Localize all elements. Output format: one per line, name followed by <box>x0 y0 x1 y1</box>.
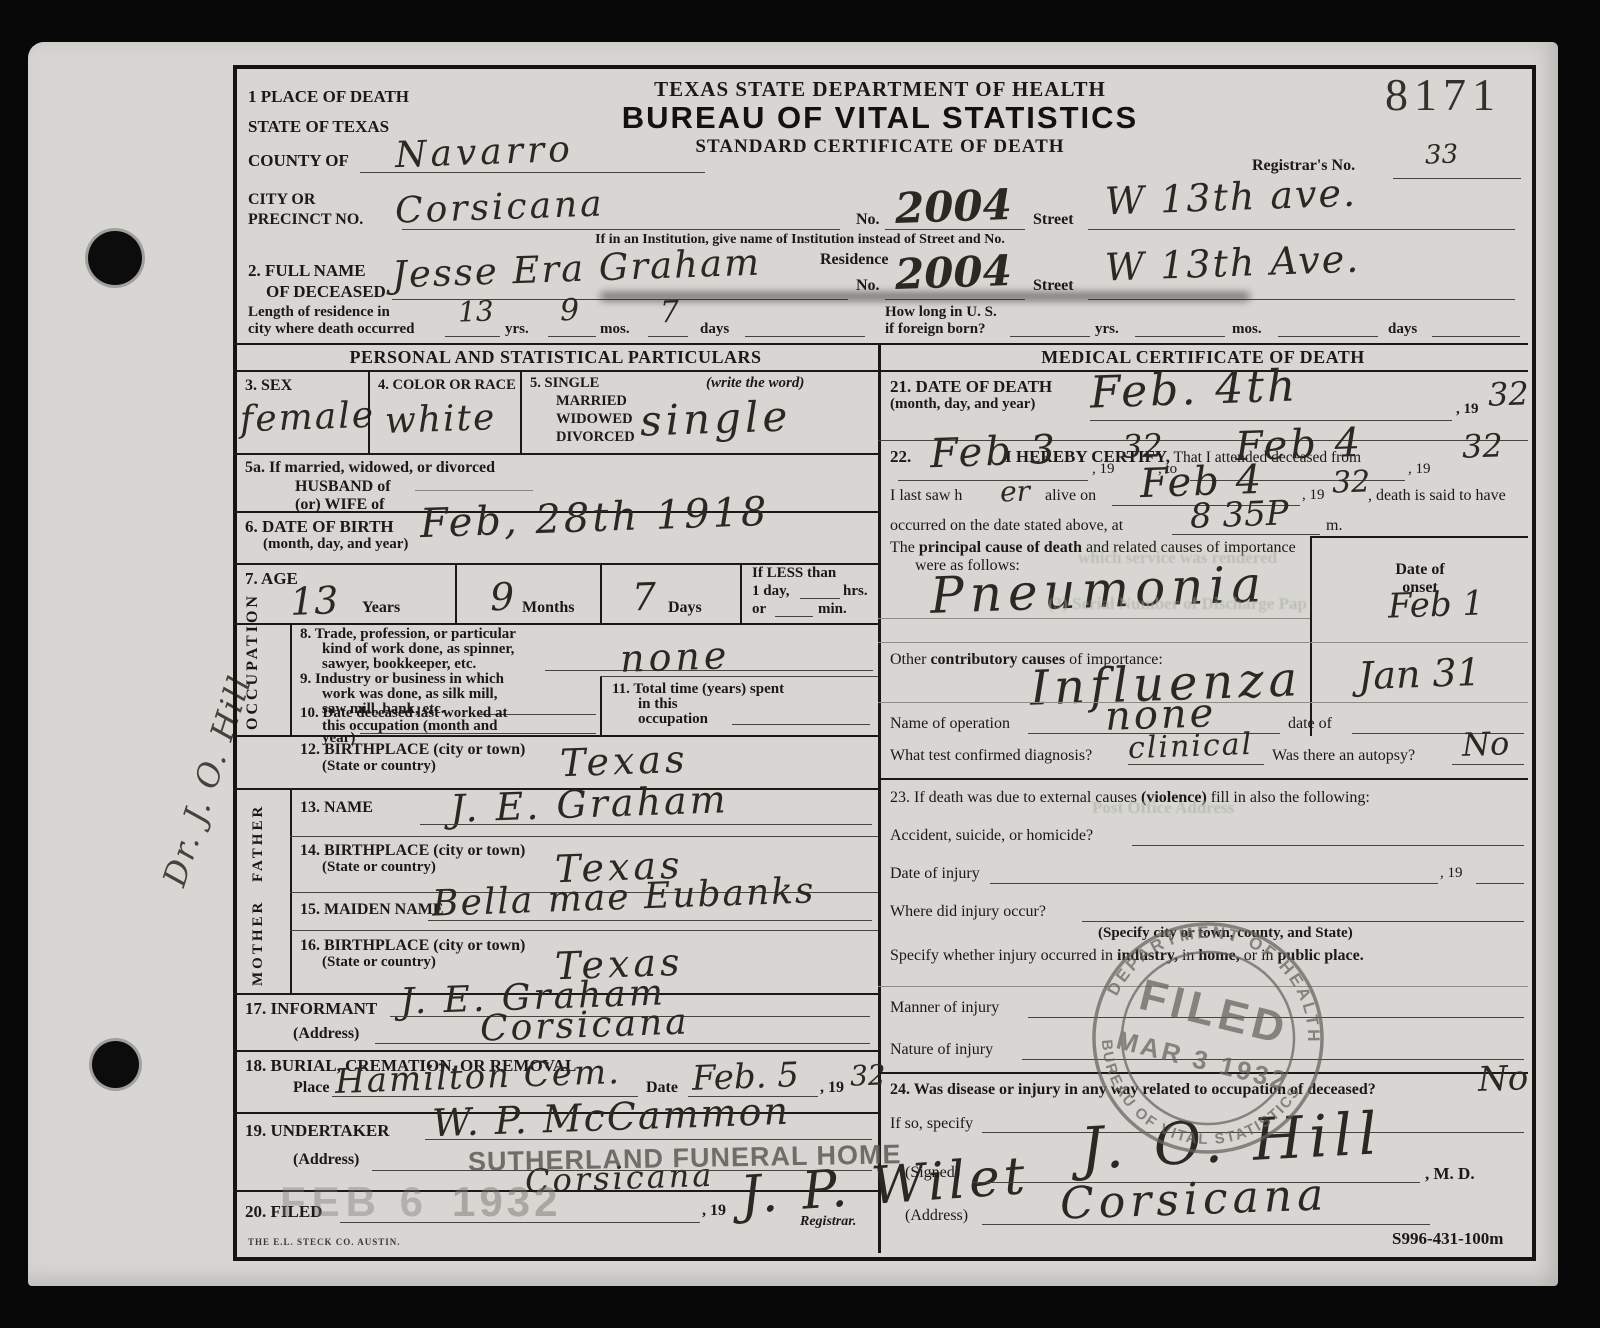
q24-value: No <box>1477 1061 1528 1097</box>
sex-value: female <box>239 398 375 439</box>
occ-item8-line3a: sawyer, bookkeeper, <box>322 656 450 672</box>
certificate-number: 8171 <box>1385 68 1501 121</box>
father-bp-label-1: 14. BIRTHPLACE (city or town) <box>300 843 525 860</box>
age-years-value: 13 <box>289 581 339 621</box>
informant-address-label: (Address) <box>293 1026 359 1043</box>
cause-intro-a: The <box>890 539 919 556</box>
marital-option-married: MARRIED <box>556 394 627 409</box>
burial-year-value: 32 <box>850 1061 887 1090</box>
institution-note: If in an Institution, give name of Insti… <box>460 233 1140 248</box>
dod-label-2: (month, day, and year) <box>890 397 1035 413</box>
res-months-value: 9 <box>559 296 579 327</box>
res-days-value: 7 <box>659 298 679 329</box>
occupation-value: none <box>619 636 731 678</box>
age-or-label: or <box>752 602 766 618</box>
punch-hole-top <box>88 231 142 285</box>
scanned-death-certificate: Dr. J. O. Hill 1 PLACE OF DEATH STATE OF… <box>0 0 1600 1328</box>
contributory-onset-value: Jan 31 <box>1357 653 1481 695</box>
punch-hole-bottom <box>92 1041 139 1088</box>
certificate-title: STANDARD CERTIFICATE OF DEATH <box>580 137 1180 157</box>
bureau-heading: BUREAU OF VITAL STATISTICS <box>580 100 1180 136</box>
dob-label-1: 6. DATE OF BIRTH <box>245 518 394 536</box>
filed-date-stamp-year: 1932 <box>452 1178 561 1226</box>
lastsaw-her: er <box>1000 477 1031 506</box>
dod-year-pre: , 19 <box>1456 402 1479 418</box>
informant-address-value: Corsicana <box>479 1004 690 1047</box>
county-value: Navarro <box>394 132 574 174</box>
fullname-label-1: 2. FULL NAME <box>248 262 366 280</box>
res-no-value: 2004 <box>894 250 1012 296</box>
occurred-text: occurred on the date stated above, at <box>890 518 1123 535</box>
city-label-1: CITY OR <box>248 192 315 209</box>
father-name-label: 13. NAME <box>300 800 373 817</box>
where-injury-label: Where did injury occur? <box>890 904 1046 921</box>
sex-label: 3. SEX <box>245 378 292 395</box>
time-m-label: m. <box>1326 518 1342 535</box>
us-days-label: days <box>1388 322 1417 338</box>
state-label: STATE OF TEXAS <box>248 118 389 136</box>
husband-label-2: HUSBAND of <box>295 479 391 496</box>
marital-value: single <box>639 395 792 442</box>
marital-num: 5. <box>530 375 541 391</box>
dod-value: Feb. 4th <box>1089 364 1299 415</box>
house-no-label: No. <box>856 212 880 229</box>
lastsaw-pre: , 19 <box>1302 488 1325 504</box>
burial-place-value: Hamilton Cem. <box>334 1055 621 1099</box>
filed-year-pre: , 19 <box>702 1203 726 1220</box>
birthplace12-label-2: (State or country) <box>322 759 436 775</box>
yrs-label: yrs. <box>505 322 529 338</box>
mother-bp-label-2: (State or country) <box>322 955 436 971</box>
race-value: white <box>384 400 496 440</box>
mother-side-label: MOTHER <box>250 895 267 990</box>
if-so-specify-label: If so, specify <box>890 1116 973 1133</box>
age-months-label: Months <box>522 600 574 617</box>
nature-injury-label: Nature of injury <box>890 1042 993 1059</box>
us-mos-label: mos. <box>1232 322 1262 338</box>
date-of-injury-label: Date of injury <box>890 866 980 883</box>
date-of-onset-label-1: Date of <box>1330 562 1510 579</box>
certify-from-year: 32 <box>1121 429 1163 462</box>
autopsy-label: Was there an autopsy? <box>1272 748 1415 765</box>
dod-label-1: 21. DATE OF DEATH <box>890 378 1052 396</box>
age-less-label-1: If LESS than <box>752 566 836 582</box>
lastsaw-year: 32 <box>1331 467 1370 498</box>
occ-item8-line2a: kind of work done, as <box>322 641 464 657</box>
signed-address-label: (Address) <box>905 1208 968 1225</box>
age-hrs-label: hrs. <box>843 584 868 600</box>
signed-address-value: Corsicana <box>1059 1173 1329 1226</box>
age-min-label: min. <box>818 602 847 618</box>
occupation-side-label: OCCUPATION <box>244 630 262 730</box>
father-name-value: J. E. Graham <box>449 780 729 828</box>
father-bp-label-2: (State or country) <box>322 860 436 876</box>
age-months-value: 9 <box>489 578 514 617</box>
dept-heading: TEXAS STATE DEPARTMENT OF HEALTH <box>580 78 1180 100</box>
marital-option-widowed: WIDOWED <box>556 412 633 427</box>
occ-item9-line2a: work was done, as <box>322 686 442 702</box>
signed-label: (Signed) <box>905 1165 960 1182</box>
autopsy-value: No <box>1461 727 1509 761</box>
city-label-2: PRECINCT NO. <box>248 212 363 229</box>
lastsaw-text-a: I last saw h <box>890 488 962 505</box>
father-side-label: FATHER <box>250 798 267 888</box>
occ-item8-line2b: spinner, <box>464 641 515 657</box>
residence-length-label-2: city where death occurred <box>248 322 415 338</box>
mos-label: mos. <box>600 322 630 338</box>
us-yrs-label: yrs. <box>1095 322 1119 338</box>
lastsaw-text-c: , death is said to have <box>1368 488 1506 505</box>
occ-item9-line2b: silk mill, <box>442 686 497 702</box>
principal-onset-value: Feb 1 <box>1387 586 1484 623</box>
burial-place-label: Place <box>293 1080 329 1097</box>
residence-length-label-1: Length of residence in <box>248 305 390 321</box>
registrar-label: Registrar. <box>800 1215 856 1230</box>
occ-item11-line3: occupation <box>638 712 708 728</box>
dob-label-2: (month, day, and year) <box>263 537 408 553</box>
age-days-label: Days <box>668 600 702 617</box>
accident-label: Accident, suicide, or homicide? <box>890 828 1093 845</box>
certify-to-year: 32 <box>1461 429 1503 462</box>
place-of-death-label: 1 PLACE OF DEATH <box>248 88 409 106</box>
dod-year-value: 32 <box>1487 377 1529 410</box>
write-the-word-note: (write the word) <box>706 376 804 392</box>
cause-intro-b: principal cause of death <box>919 539 1082 556</box>
left-section-header: PERSONAL AND STATISTICAL PARTICULARS <box>233 348 878 367</box>
md-label: , M. D. <box>1425 1165 1475 1183</box>
occ-item8-line3b: etc. <box>450 656 476 672</box>
street-value: W 13th ave. <box>1104 174 1357 221</box>
race-label: 4. COLOR OR RACE <box>378 378 516 393</box>
county-label: COUNTY OF <box>248 152 349 170</box>
res-street-value: W 13th Ave. <box>1104 240 1360 287</box>
ghost-text-3: Post Office Address <box>1092 798 1234 818</box>
days-label: days <box>700 322 729 338</box>
us-length-label-2: if foreign born? <box>885 322 986 338</box>
husband-label-1: 5a. If married, widowed, or divorced <box>245 460 495 477</box>
registrar-no-value: 33 <box>1425 141 1459 168</box>
residence-label: Residence <box>820 252 888 269</box>
fullname-label-2: OF DECEASED <box>266 283 386 301</box>
ghost-text-1: which service was rendered <box>1078 548 1277 568</box>
test-value: clinical <box>1128 730 1254 764</box>
mother-bp-label-1: 16. BIRTHPLACE (city or town) <box>300 938 525 955</box>
manner-injury-label: Manner of injury <box>890 1000 999 1017</box>
street-label: Street <box>1033 212 1074 229</box>
certify-from-pre: , 19 <box>1092 462 1115 478</box>
contrib-label-a: Other <box>890 651 930 668</box>
age-less-label-2: 1 day, <box>752 584 790 600</box>
ghost-text-2: (3) Serial Number of Discharge Pap <box>1048 594 1307 614</box>
operation-label: Name of operation <box>890 716 1010 733</box>
test-label: What test confirmed diagnosis? <box>890 748 1092 765</box>
undertaker-address-label: (Address) <box>293 1152 359 1169</box>
mother-maiden-label: 15. MAIDEN NAME <box>300 902 444 919</box>
ink-smudge <box>600 292 1250 301</box>
dob-value: Feb, 28th 1918 <box>419 492 770 544</box>
birthplace12-value: Texas <box>559 740 689 782</box>
death-time-value: 8 35P <box>1189 496 1289 533</box>
age-days-value: 7 <box>631 578 656 617</box>
marital-option-single: SINGLE <box>545 375 600 391</box>
birthplace12-label-1: 12. BIRTHPLACE (city or town) <box>300 742 525 759</box>
form-number: S996-431-100m <box>1392 1230 1503 1248</box>
certify-num: 22. <box>890 448 911 466</box>
us-length-label-1: How long in U. S. <box>885 305 997 321</box>
house-no-value: 2004 <box>894 184 1012 230</box>
operation-date-label: date of <box>1288 716 1332 733</box>
res-years-value: 13 <box>458 297 495 326</box>
doi-year-pre: , 19 <box>1440 866 1463 882</box>
filed-round-stamp: DEPARTMENT OF HEALTH BUREAU OF VITAL STA… <box>1068 898 1348 1178</box>
age-years-label: Years <box>362 600 400 617</box>
filed-date-stamp-month: FEB 6 <box>280 1178 429 1226</box>
informant-label: 17. INFORMANT <box>245 1000 377 1018</box>
certify-to-pre: , 19 <box>1408 462 1431 478</box>
burial-year-pre: , 19 <box>820 1080 844 1097</box>
undertaker-label: 19. UNDERTAKER <box>245 1122 390 1140</box>
city-value: Corsicana <box>394 186 605 229</box>
lastsaw-text-b: alive on <box>1045 488 1096 505</box>
printer-credit: THE E.L. STECK CO. AUSTIN. <box>248 1238 401 1247</box>
marital-option-divorced: DIVORCED <box>556 430 635 445</box>
certify-from-value: Feb 3 <box>929 430 1058 474</box>
